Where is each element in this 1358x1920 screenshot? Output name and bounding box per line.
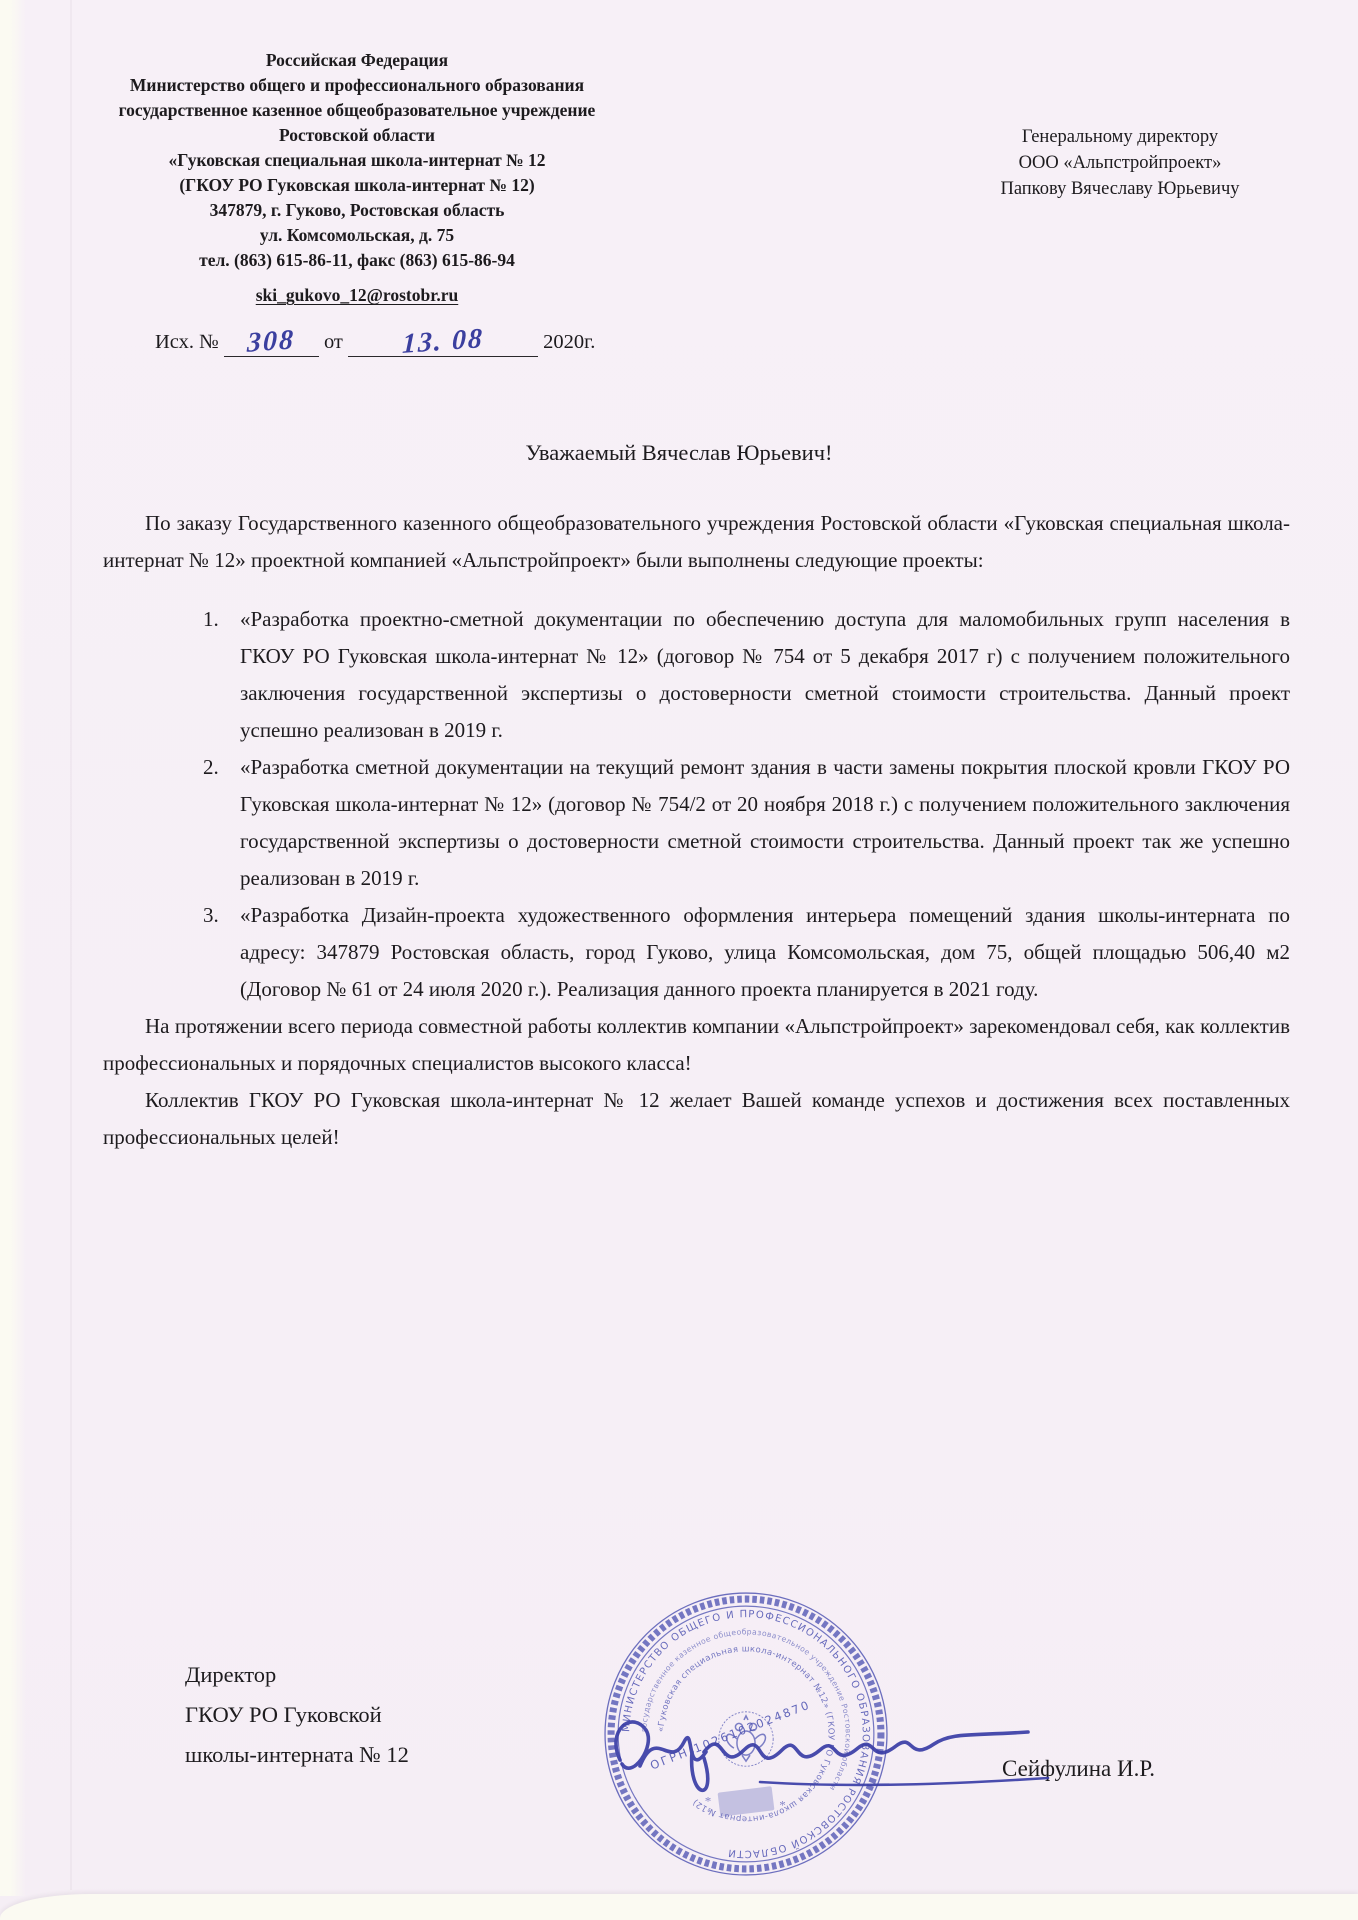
director-signature [592,1688,1072,1828]
scan-edge-bottom [0,1894,1358,1920]
outgoing-ref-line: Исх. № 308 от 13. 08 2020г. [155,330,595,357]
letterhead-line: Ростовской области [72,123,642,148]
list-item-number: 3. [203,897,240,1008]
handwritten-date: 13. 08 [402,323,485,361]
signer-position-line: ГКОУ РО Гуковской [185,1695,409,1735]
list-item: 2. «Разработка сметной документации на т… [103,749,1290,897]
ref-number-blank: 308 [224,330,319,357]
closing-paragraph-1: На протяжении всего периода совместной р… [103,1008,1290,1082]
signer-position-block: Директор ГКОУ РО Гуковской школы-интерна… [185,1655,409,1775]
ref-date-blank: 13. 08 [348,330,538,357]
handwritten-number: 308 [247,324,296,360]
closing-paragraph-2: Коллектив ГКОУ РО Гуковская школа-интерн… [103,1082,1290,1156]
letterhead-line: «Гуковская специальная школа-интернат № … [72,148,642,173]
ref-prefix: Исх. № [155,331,219,353]
list-item: 3. «Разработка Дизайн-проекта художестве… [103,897,1290,1008]
list-item-text: «Разработка сметной документации на теку… [240,749,1290,897]
salutation: Уважаемый Вячеслав Юрьевич! [0,440,1358,466]
scan-edge-left [0,0,26,1896]
letterhead-email: ski_gukovo_12@rostobr.ru [72,283,642,308]
scanned-letter-page: Российская Федерация Министерство общего… [0,0,1358,1920]
letterhead-line: Российская Федерация [72,48,642,73]
list-item: 1. «Разработка проектно-сметной документ… [103,601,1290,749]
list-item-number: 2. [203,749,240,897]
signer-position-line: Директор [185,1655,409,1695]
letterhead-line: 347879, г. Гуково, Ростовская область [72,198,642,223]
list-item-text: «Разработка проектно-сметной документаци… [240,601,1290,749]
addressee-line: ООО «Альпстройпроект» [946,150,1294,176]
letterhead-line: (ГКОУ РО Гуковская школа-интернат № 12) [72,173,642,198]
letter-body: По заказу Государственного казенного общ… [103,505,1290,1156]
addressee-line: Папкову Вячеславу Юрьевичу [946,176,1294,202]
letterhead-line: ул. Комсомольская, д. 75 [72,223,642,248]
ref-middle: от [324,331,343,353]
letterhead-block: Российская Федерация Министерство общего… [72,48,642,308]
letterhead-line: тел. (863) 615-86-11, факс (863) 615-86-… [72,248,642,273]
addressee-block: Генеральному директору ООО «Альпстройпро… [946,124,1294,202]
projects-list: 1. «Разработка проектно-сметной документ… [103,601,1290,1008]
intro-paragraph: По заказу Государственного казенного общ… [103,505,1290,579]
ref-year: 2020г. [543,331,595,353]
signer-position-line: школы-интерната № 12 [185,1735,409,1775]
letterhead-line: Министерство общего и профессионального … [72,73,642,98]
list-item-number: 1. [203,601,240,749]
letterhead-line: государственное казенное общеобразовател… [72,98,642,123]
list-item-text: «Разработка Дизайн-проекта художественно… [240,897,1290,1008]
addressee-line: Генеральному директору [946,124,1294,150]
